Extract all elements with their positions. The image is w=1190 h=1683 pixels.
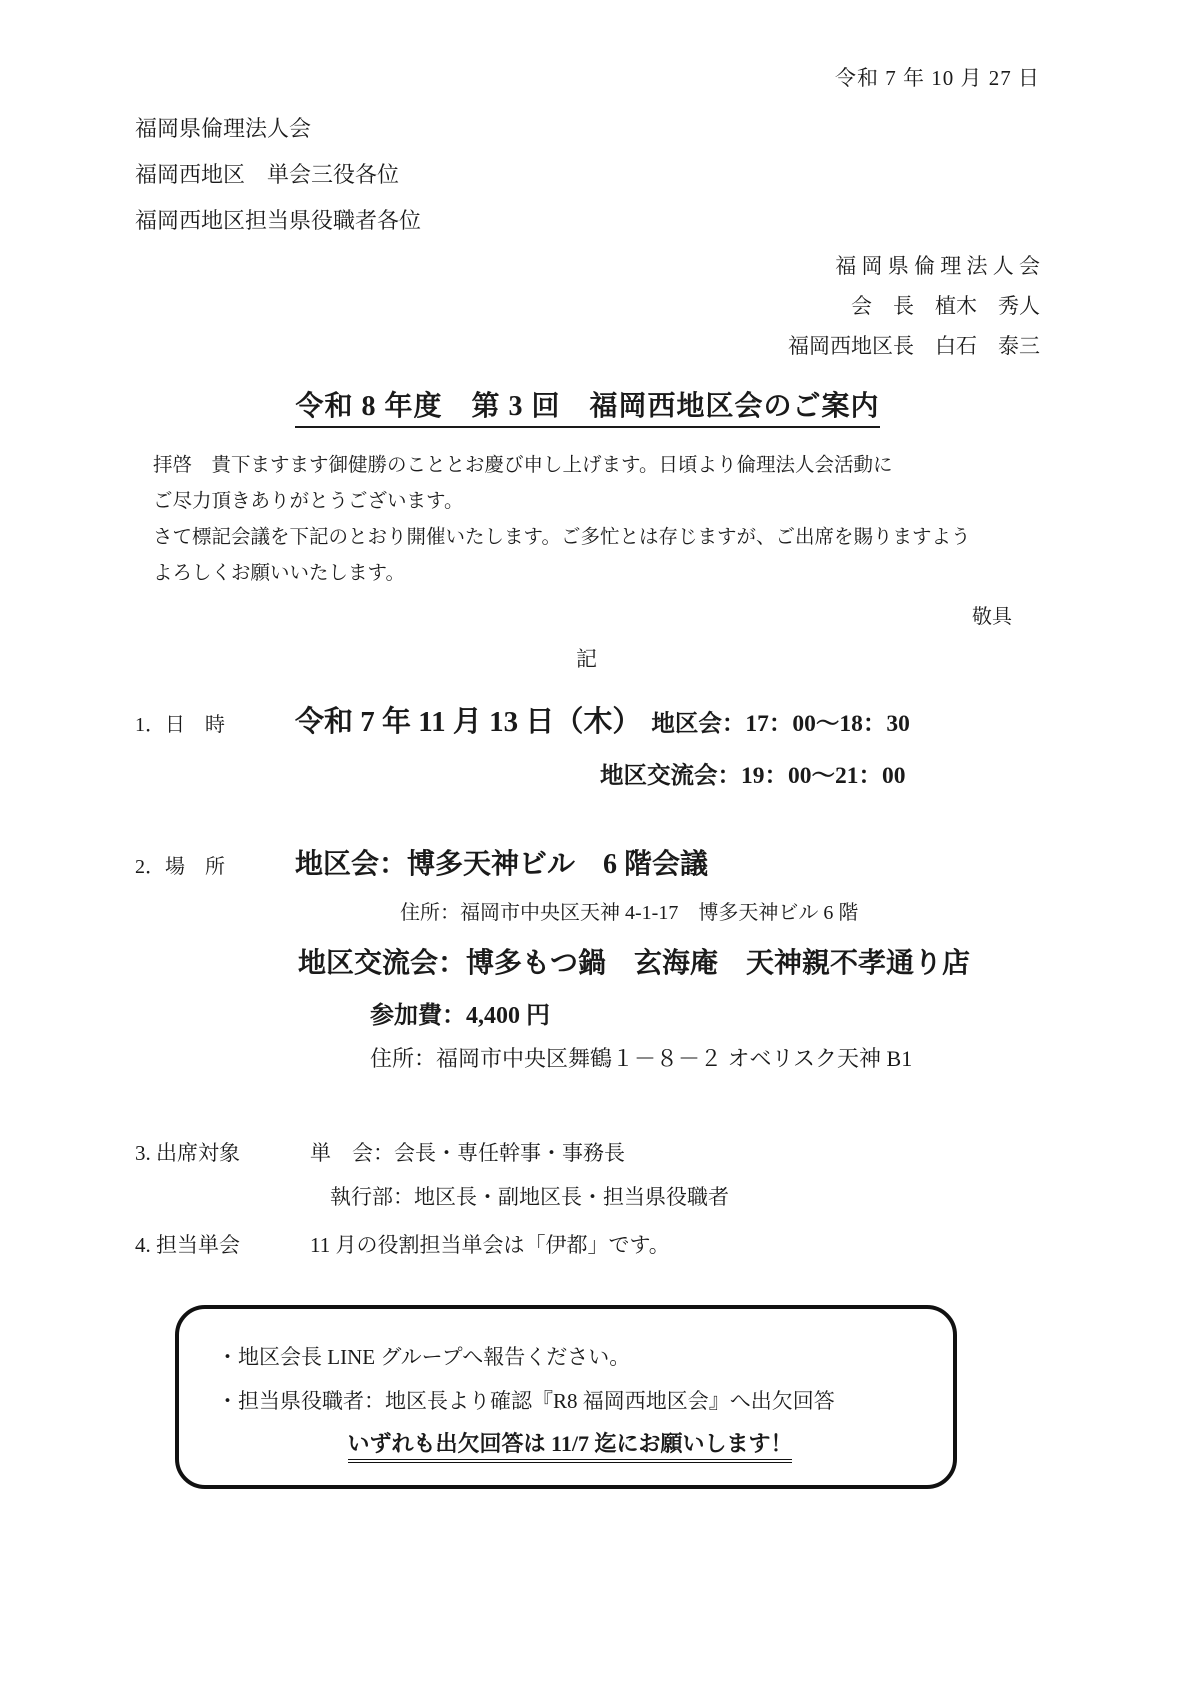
notice-box: ・地区会長 LINE グループへ報告ください。 ・担当県役職者：地区長より確認『… bbox=[175, 1305, 957, 1489]
sender-organization: 福 岡 県 倫 理 法 人 会 bbox=[135, 246, 1040, 286]
district-meeting-venue: 地区会：博多天神ビル 6 階会議 bbox=[295, 842, 708, 882]
item-datetime-label: 1．日 時 bbox=[135, 708, 295, 737]
item-duty-unit: 4. 担当単会 11 月の役割担当単会は「伊都」です。 bbox=[135, 1229, 1040, 1259]
notice-deadline: いずれも出欠回答は 11/7 迄にお願いします！ bbox=[217, 1427, 923, 1463]
notice-deadline-text: いずれも出欠回答は 11/7 迄にお願いします！ bbox=[348, 1427, 793, 1463]
district-meeting-time: 地区会：17：00～18：30 bbox=[651, 704, 910, 738]
document-title: 令和 8 年度 第 3 回 福岡西地区会のご案内 bbox=[135, 384, 1040, 428]
exchange-meeting-address: 住所：福岡市中央区舞鶴１－８－２ オベリスク天神 B1 bbox=[370, 1042, 1040, 1073]
attendees-executive-line: 執行部：地区長・副地区長・担当県役職者 bbox=[330, 1181, 1040, 1211]
greeting-paragraph: 拝啓 貴下ますます御健勝のこととお慶び申し上げます。日頃より倫理法人会活動に ご… bbox=[135, 448, 1040, 592]
greeting-line: よろしくお願いいたします。 bbox=[153, 556, 1040, 592]
exchange-meeting-time: 地区交流会：19：00～21：00 bbox=[600, 756, 1040, 790]
attendees-unit-line: 単 会：会長・専任幹事・事務長 bbox=[310, 1137, 625, 1167]
greeting-line: さて標記会議を下記のとおり開催いたします。ご多忙とは存じますが、ご出席を賜ります… bbox=[153, 520, 1040, 556]
sender-block: 福 岡 県 倫 理 法 人 会 会 長 植木 秀人 福岡西地区長 白石 泰三 bbox=[135, 246, 1040, 366]
sender-chairman: 会 長 植木 秀人 bbox=[135, 286, 1040, 326]
participation-fee: 参加費：4,400 円 bbox=[370, 995, 1040, 1030]
greeting-line: ご尽力頂きありがとうございます。 bbox=[153, 484, 1040, 520]
issue-date: 令和 7 年 10 月 27 日 bbox=[135, 62, 1040, 92]
meeting-date: 令和 7 年 11 月 13 日（木） bbox=[295, 699, 641, 740]
item-attendees: 3. 出席対象 単 会：会長・専任幹事・事務長 bbox=[135, 1137, 1040, 1167]
notice-line-rsvp: ・担当県役職者：地区長より確認『R8 福岡西地区会』へ出欠回答 bbox=[217, 1379, 923, 1423]
district-meeting-address: 住所：福岡市中央区天神 4-1-17 博多天神ビル 6 階 bbox=[400, 896, 1040, 925]
recipient-line: 福岡西地区 単会三役各位 bbox=[135, 152, 1040, 198]
duty-unit-text: 11 月の役割担当単会は「伊都」です。 bbox=[310, 1229, 670, 1259]
item-attendees-label: 3. 出席対象 bbox=[135, 1137, 310, 1167]
greeting-line: 拝啓 貴下ますます御健勝のこととお慶び申し上げます。日頃より倫理法人会活動に bbox=[153, 448, 1040, 484]
item-duty-unit-label: 4. 担当単会 bbox=[135, 1229, 310, 1259]
document-page: 令和 7 年 10 月 27 日 福岡県倫理法人会 福岡西地区 単会三役各位 福… bbox=[0, 0, 1190, 1683]
notice-line-line-group: ・地区会長 LINE グループへ報告ください。 bbox=[217, 1335, 923, 1379]
recipients-block: 福岡県倫理法人会 福岡西地区 単会三役各位 福岡西地区担当県役職者各位 bbox=[135, 106, 1040, 244]
closing-word: 敬具 bbox=[135, 600, 1040, 629]
exchange-meeting-venue: 地区交流会：博多もつ鍋 玄海庵 天神親不孝通り店 bbox=[298, 941, 1040, 981]
sender-district-head: 福岡西地区長 白石 泰三 bbox=[135, 326, 1040, 366]
recipient-line: 福岡西地区担当県役職者各位 bbox=[135, 198, 1040, 244]
document-title-text: 令和 8 年度 第 3 回 福岡西地区会のご案内 bbox=[295, 384, 879, 428]
item-datetime: 1．日 時 令和 7 年 11 月 13 日（木） 地区会：17：00～18：3… bbox=[135, 699, 1040, 740]
recipient-line: 福岡県倫理法人会 bbox=[135, 106, 1040, 152]
item-place: 2．場 所 地区会：博多天神ビル 6 階会議 bbox=[135, 842, 1040, 882]
item-place-label: 2．場 所 bbox=[135, 850, 295, 879]
record-marker: 記 bbox=[135, 643, 1040, 673]
